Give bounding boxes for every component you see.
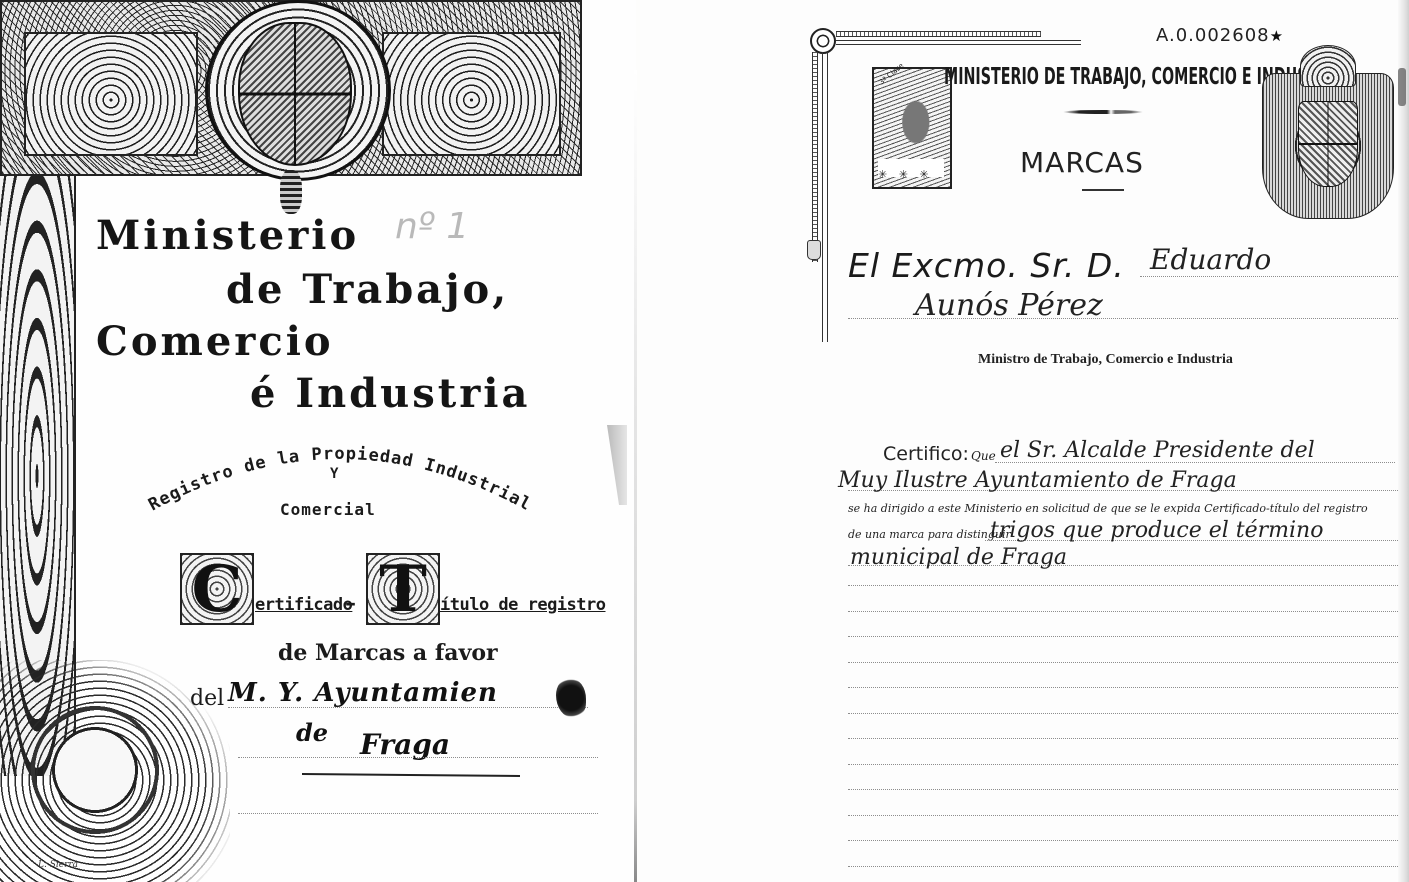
certificate-word-2: ítulo de registro — [440, 595, 606, 615]
handwritten-line-4: municipal de Fraga — [850, 545, 1067, 570]
registry-comercial: Comercial — [280, 500, 376, 519]
addressee-prefix: El Excmo. Sr. D. — [848, 246, 1125, 285]
addressee-last-name: Aunós Pérez — [915, 288, 1103, 323]
title-rule — [1082, 189, 1124, 191]
edge-mark — [1398, 68, 1406, 106]
printed-body-line-1: se ha dirigido a este Ministerio en soli… — [848, 502, 1368, 515]
serial-number-text: A.0.002608 — [1156, 25, 1270, 46]
coat-of-arms-icon — [238, 22, 352, 166]
beneficiary-name: M. Y. Ayuntamien — [228, 678, 498, 708]
handwritten-line-1: el Sr. Alcalde Presidente del — [1000, 438, 1315, 463]
heading-ornament — [1063, 110, 1143, 114]
que-word: Que — [971, 449, 996, 463]
ruled-line — [848, 738, 1400, 739]
beneficiary-de: de — [296, 718, 328, 747]
star-icon: ★ — [1270, 27, 1284, 45]
ruled-line — [848, 713, 1400, 714]
favor-line: de Marcas a favor — [278, 640, 498, 666]
serial-number: A.0.002608★ — [1156, 25, 1284, 46]
section-title: MARCAS — [1020, 146, 1144, 179]
ruled-line — [848, 585, 1400, 586]
ruled-line — [848, 789, 1400, 790]
page-edge — [1398, 0, 1409, 882]
page-gutter — [634, 70, 637, 882]
cover-title-line-4: é Industria — [250, 370, 530, 417]
ruled-line — [848, 636, 1400, 637]
cover-title-line-1: Ministerio — [96, 212, 359, 259]
shield-icon — [1298, 101, 1358, 187]
ruled-line — [848, 662, 1400, 663]
certificate-dash: – — [345, 590, 356, 616]
frame-top-rule — [836, 31, 1041, 37]
frame-left-rule — [822, 52, 828, 342]
foliage-panel-right — [382, 32, 561, 156]
frame-corner-knot-icon — [810, 28, 836, 54]
stamp-stars: ✳ ✳ ✳ — [878, 168, 933, 181]
illuminated-initial-c: C — [180, 553, 254, 625]
frame-tassel-icon — [807, 240, 821, 260]
royal-coat-of-arms-icon — [1262, 45, 1392, 217]
registry-conjunction: Y — [330, 466, 338, 482]
minister-title: Ministro de Trabajo, Comercio e Industri… — [978, 352, 1233, 368]
foliage-panel-left — [24, 32, 198, 156]
fill-line — [238, 757, 598, 758]
handwritten-line-3: trigos que produce el término — [990, 518, 1323, 543]
ruled-line — [848, 687, 1400, 688]
ruled-line — [848, 764, 1400, 765]
fill-line — [1140, 276, 1398, 277]
cover-title-line-3: Comercio — [96, 318, 334, 365]
certifico-label: Certifico: — [883, 443, 969, 465]
del-label: del — [190, 686, 224, 711]
frame-left-rule — [812, 52, 818, 262]
frame-top-rule — [836, 40, 1081, 45]
crown-icon — [1300, 45, 1356, 87]
fill-line — [238, 813, 598, 814]
ruled-line — [848, 840, 1400, 841]
handwritten-line-2: Muy Ilustre Ayuntamiento de Fraga — [838, 468, 1237, 493]
illuminated-initial-t: T — [366, 553, 440, 625]
certificate-word-1: ertificado — [255, 595, 352, 615]
ruled-line — [848, 815, 1400, 816]
cover-title-line-2: de Trabajo, — [226, 266, 509, 313]
pencil-annotation: nº 1 — [395, 206, 469, 247]
ruled-line — [848, 611, 1400, 612]
ruled-line — [848, 866, 1400, 867]
engraver-signature: L. Sierra — [38, 860, 78, 870]
crest-pendant-icon — [280, 170, 302, 214]
addressee-first-name: Eduardo — [1150, 243, 1271, 276]
